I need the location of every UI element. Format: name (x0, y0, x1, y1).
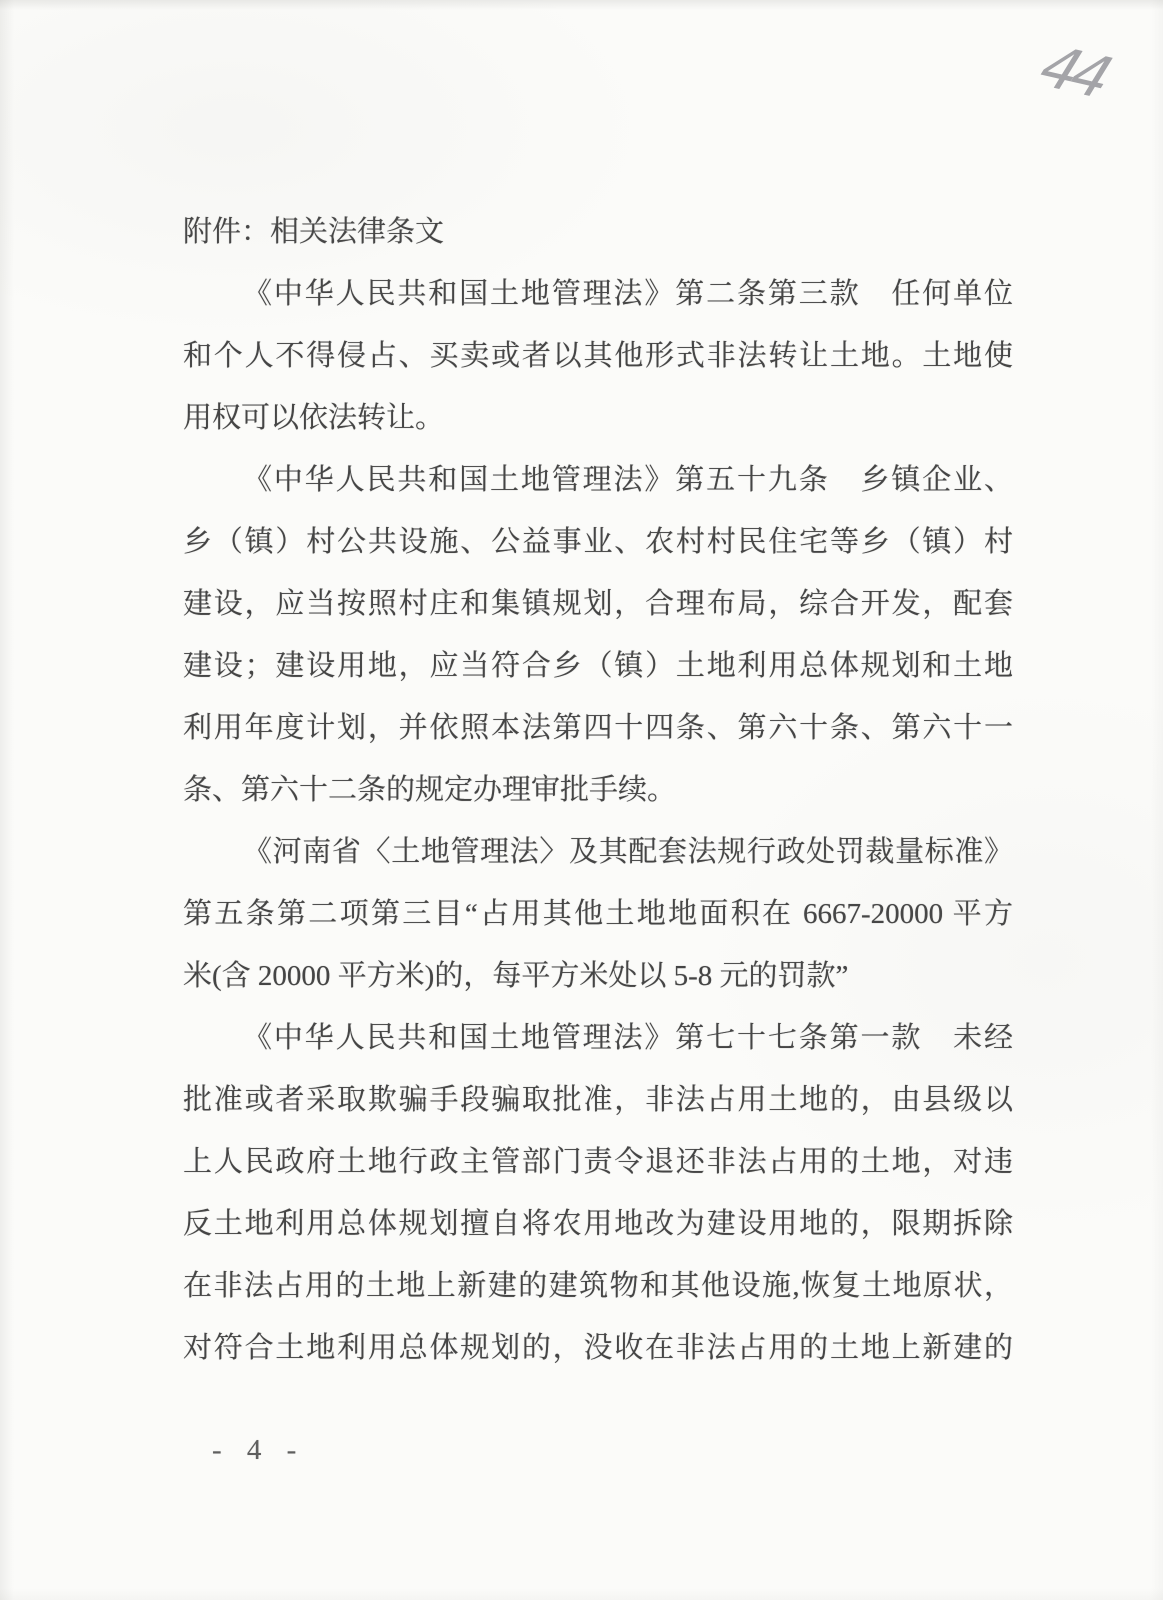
attachment-heading: 附件：相关法律条文 (183, 201, 1013, 263)
text-line: 《中华人民共和国土地管理法》第五十九条 乡镇企业、 (183, 449, 1013, 511)
text-line: 《中华人民共和国土地管理法》第二条第三款 任何单位 (183, 263, 1013, 325)
text-line: 利用年度计划，并依照本法第四十四条、第六十条、第六十一 (183, 697, 1013, 759)
text-line: 批准或者采取欺骗手段骗取批准，非法占用土地的，由县级以 (183, 1069, 1013, 1131)
text-line: 《河南省〈土地管理法〉及其配套法规行政处罚裁量标准》 (183, 821, 1013, 883)
scanned-document-page: 44 附件：相关法律条文 《中华人民共和国土地管理法》第二条第三款 任何单位 和… (0, 0, 1163, 1600)
text-line: 《中华人民共和国土地管理法》第七十七条第一款 未经 (183, 1007, 1013, 1069)
text-line: 对符合土地利用总体规划的，没收在非法占用的土地上新建的 (183, 1317, 1013, 1379)
text-line: 第五条第二项第三目“占用其他土地地面积在 6667-20000 平方 (183, 883, 1013, 945)
text-line: 条、第六十二条的规定办理审批手续。 (183, 759, 1013, 821)
text-line: 和个人不得侵占、买卖或者以其他形式非法转让土地。土地使 (183, 325, 1013, 387)
text-line: 乡（镇）村公共设施、公益事业、农村村民住宅等乡（镇）村 (183, 511, 1013, 573)
page-number: - 4 - (212, 1434, 305, 1467)
text-line: 建设；建设用地，应当符合乡（镇）土地利用总体规划和土地 (183, 635, 1013, 697)
text-line: 在非法占用的土地上新建的建筑物和其他设施,恢复土地原状， (183, 1255, 1013, 1317)
handwritten-page-number: 44 (1031, 33, 1153, 120)
document-body: 附件：相关法律条文 《中华人民共和国土地管理法》第二条第三款 任何单位 和个人不… (183, 201, 1013, 1379)
text-line: 用权可以依法转让。 (183, 387, 1013, 449)
text-line: 上人民政府土地行政主管部门责令退还非法占用的土地，对违 (183, 1131, 1013, 1193)
text-line: 反土地利用总体规划擅自将农用地改为建设用地的，限期拆除 (183, 1193, 1013, 1255)
text-line: 米(含 20000 平方米)的，每平方米处以 5-8 元的罚款” (183, 945, 1013, 1007)
text-line: 建设，应当按照村庄和集镇规划，合理布局，综合开发，配套 (183, 573, 1013, 635)
